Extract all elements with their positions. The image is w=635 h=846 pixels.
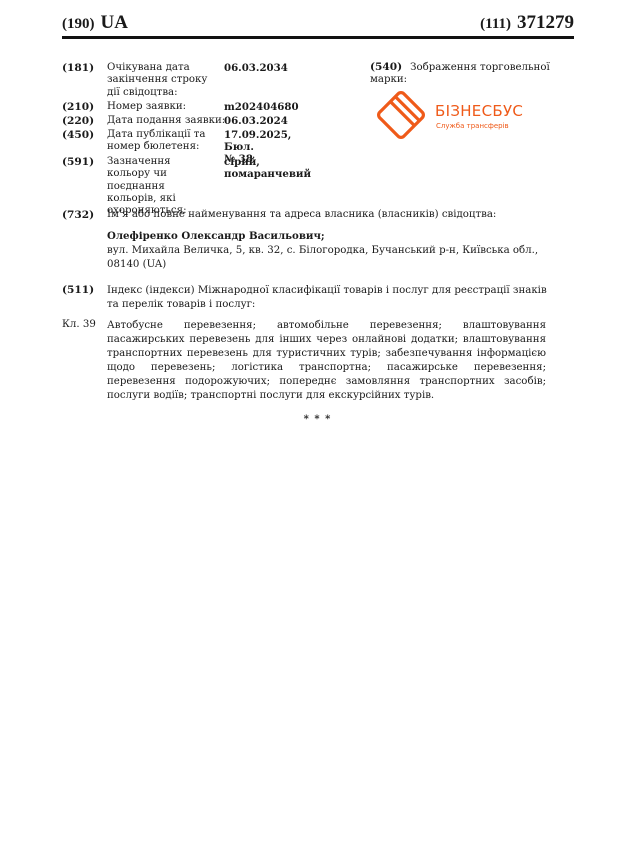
field-label: Номер заявки: — [107, 101, 232, 113]
document-header: (190)UA (111)371279 — [62, 12, 574, 34]
ticket-icon — [372, 88, 432, 142]
country-value: UA — [101, 12, 128, 33]
field-code: (540) — [370, 61, 402, 73]
field-value: 06.03.2034 — [224, 62, 288, 74]
field-value: 06.03.2024 — [224, 115, 288, 127]
header-divider — [62, 36, 574, 39]
field-value: сірий, помаранчевий — [224, 156, 311, 181]
section-separator: * * * — [0, 414, 635, 425]
field-label: Очікувана дата закінчення строку дії сві… — [107, 62, 222, 99]
field-code: (591) — [62, 156, 94, 168]
goods-services-list: Автобусне перевезення; автомобільне пере… — [107, 319, 546, 403]
field-code: (220) — [62, 115, 94, 127]
logo-subtitle: Служба трансферів — [436, 122, 509, 130]
field-code: (450) — [62, 129, 94, 141]
classification-label: Індекс (індекси) Міжнародної класифікаці… — [107, 284, 547, 312]
field-value: m202404680 — [224, 101, 299, 113]
patent-page: (190)UA (111)371279 (181) Очікувана дата… — [0, 0, 635, 846]
country-code: (190) — [62, 16, 95, 32]
field-code: (210) — [62, 101, 94, 113]
classification-code: (511) — [62, 284, 94, 296]
class-number: Кл. 39 — [62, 319, 96, 330]
owner-label: Ім’я або повне найменування та адреса вл… — [107, 209, 496, 220]
owner-code: (732) — [62, 209, 94, 221]
field-value: 17.09.2025, — [224, 129, 291, 141]
field-label: Дата публікації та номер бюлетеня: — [107, 129, 222, 154]
country-field: (190)UA — [62, 12, 128, 34]
owner-name: Олефіренко Олександр Васильович; — [107, 230, 325, 242]
field-label: Дата подання заявки: — [107, 115, 232, 127]
owner-address: вул. Михайла Величка, 5, кв. 32, с. Біло… — [107, 244, 547, 272]
registration-number: 371279 — [517, 12, 574, 33]
trademark-logo: БІЗНЕСБУС Служба трансферів — [372, 88, 532, 140]
number-code: (111) — [480, 16, 511, 32]
trademark-field: (540)Зображення торговельної марки: — [370, 61, 570, 87]
field-code: (181) — [62, 62, 94, 74]
logo-title: БІЗНЕСБУС — [435, 102, 523, 120]
registration-number-field: (111)371279 — [480, 12, 574, 34]
